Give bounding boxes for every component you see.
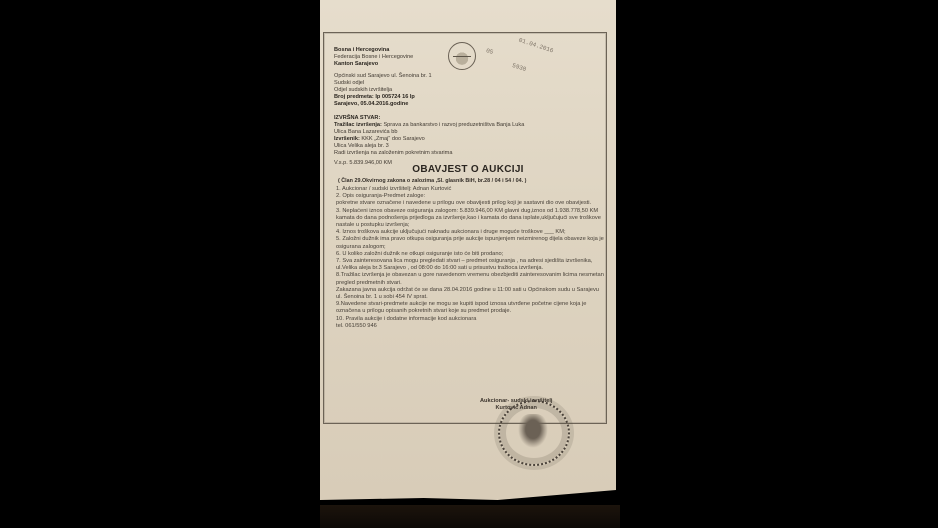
notice-item: 4. Iznos troškova aukcije uključujući na… xyxy=(336,229,604,236)
header-court: Općinski sud Sarajevo ul. Šenoina br. 1 xyxy=(334,73,432,80)
background-surface xyxy=(320,505,620,528)
notice-item: 9.Navedene stvari-predmete aukcije ne mo… xyxy=(336,301,604,315)
coat-of-arms-icon xyxy=(448,42,476,70)
creditor-name: Sprava za bankarstvo i razvoj preduzetni… xyxy=(383,122,524,128)
document-page: Bosna i Hercegovina Federacija Bosne i H… xyxy=(320,0,616,500)
header-canton: Kanton Sarajevo xyxy=(334,61,378,68)
header-enforcement-office: Odjel sudskih izvršitelja xyxy=(334,87,392,94)
header-entity: Federacija Bosne i Hercegovine xyxy=(334,54,413,61)
case-number: Broj predmeta: Ip 005724 16 Ip xyxy=(334,94,415,101)
notice-item: 7. Sva zainteresovana lica mogu pregleda… xyxy=(336,258,604,272)
notice-item: 8.Tražilac izvršenja je obavezan u gore … xyxy=(336,272,604,286)
notice-item: tel. 061/550 946 xyxy=(336,323,604,330)
creditor-label: Tražilac izvršenja: xyxy=(334,122,382,128)
notice-title: OBAVJEST O AUKCIJI xyxy=(320,164,616,175)
official-seal-stamp xyxy=(498,400,570,466)
notice-item: 6. U koliko založni dužnik ne otkupi osi… xyxy=(336,251,604,258)
notice-item: Zakazana javna aukcija održat će se dana… xyxy=(336,287,604,301)
notice-item: 2. Opis osiguranja-Predmet zaloge: xyxy=(336,193,604,200)
debtor-label: Izvršenik: xyxy=(334,136,360,142)
parties-section-label: IZVRŠNA STVAR: xyxy=(334,115,380,122)
header-country: Bosna i Hercegovina xyxy=(334,47,389,54)
place-date: Sarajevo, 05.04.2016.godine xyxy=(334,101,408,108)
debtor-name: KKK „Zmaj“ doo Sarajevo xyxy=(361,136,424,142)
debtor-line: Izvršenik: KKK „Zmaj“ doo Sarajevo xyxy=(334,136,425,143)
notice-item: 5. Založni dužnik ima pravo otkupa osigu… xyxy=(336,236,604,250)
debtor-address: Ulica Velika aleja br. 3 xyxy=(334,143,389,150)
notice-item: 3. Neplaćeni iznos obaveze osiguranja za… xyxy=(336,208,604,230)
notice-item: 10. Pravila aukcije i dodatne informacij… xyxy=(336,316,604,323)
legal-basis: ( Član 29.Okvirnog zakona o zalozima ,Sl… xyxy=(338,178,526,184)
notice-item: 1. Aukcionar / sudski izvršitelj: Adnan … xyxy=(336,186,604,193)
seal-emblem-icon xyxy=(518,414,548,448)
creditor-line: Tražilac izvršenja: Sprava za bankarstvo… xyxy=(334,122,524,129)
creditor-address: Ulica Bana Lazarevića bb xyxy=(334,129,397,136)
enforcement-note: Radi izvršenja na založenim pokretnim st… xyxy=(334,150,452,157)
header-court-division: Sudski odjel xyxy=(334,80,364,87)
notice-item: pokretne stvare označene i navedene u pr… xyxy=(336,200,604,207)
notice-items: 1. Aukcionar / sudski izvršitelj: Adnan … xyxy=(336,186,604,330)
